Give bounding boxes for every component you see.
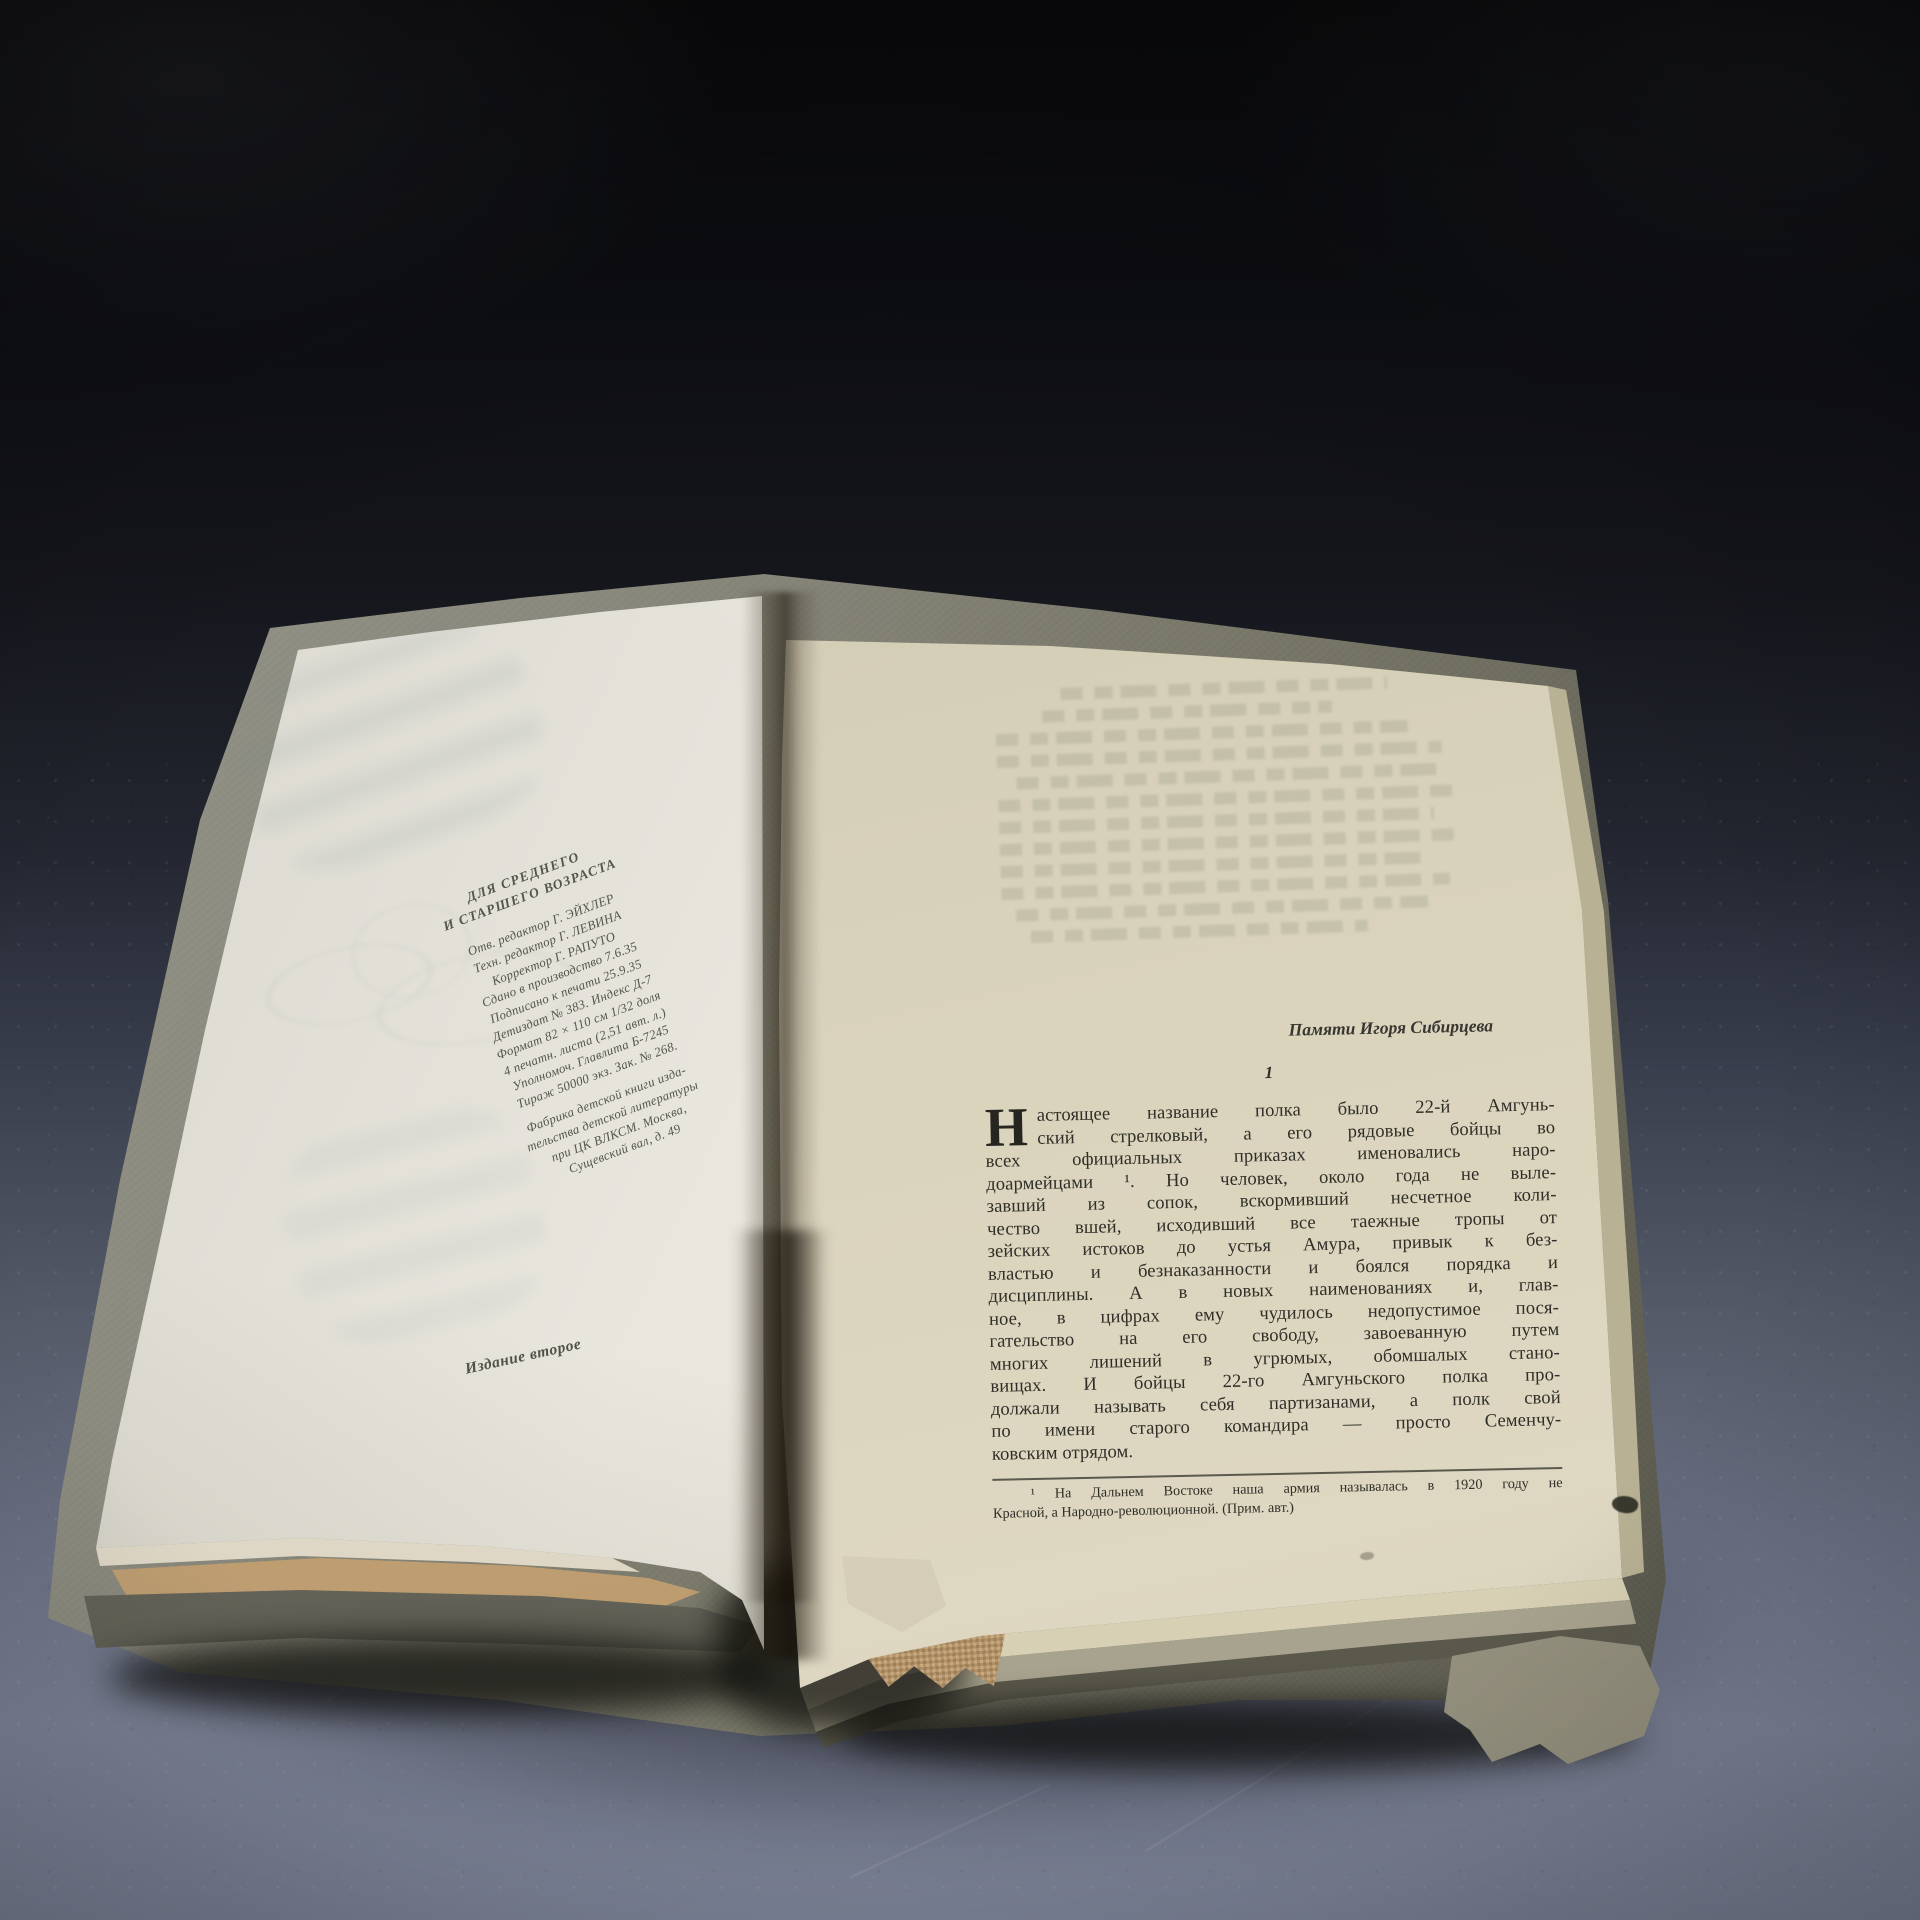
opening-paragraph: Н астоящее название полка было 22-й Амгу… — [985, 1094, 1562, 1466]
photo-scene: ДЛЯ СРЕДНЕГО И СТАРШЕГО ВОЗРАСТА Отв. ре… — [0, 0, 1920, 1920]
chapter-number: 1 — [984, 1057, 1554, 1089]
main-text-block: Памяти Игоря Сибирцева 1 Н астоящее назв… — [983, 1014, 1563, 1523]
contact-shadow — [110, 1636, 770, 1716]
gutter-shadow — [733, 1230, 829, 1660]
bleed-through-lines — [994, 664, 1474, 1032]
drop-cap: Н — [985, 1105, 1038, 1151]
